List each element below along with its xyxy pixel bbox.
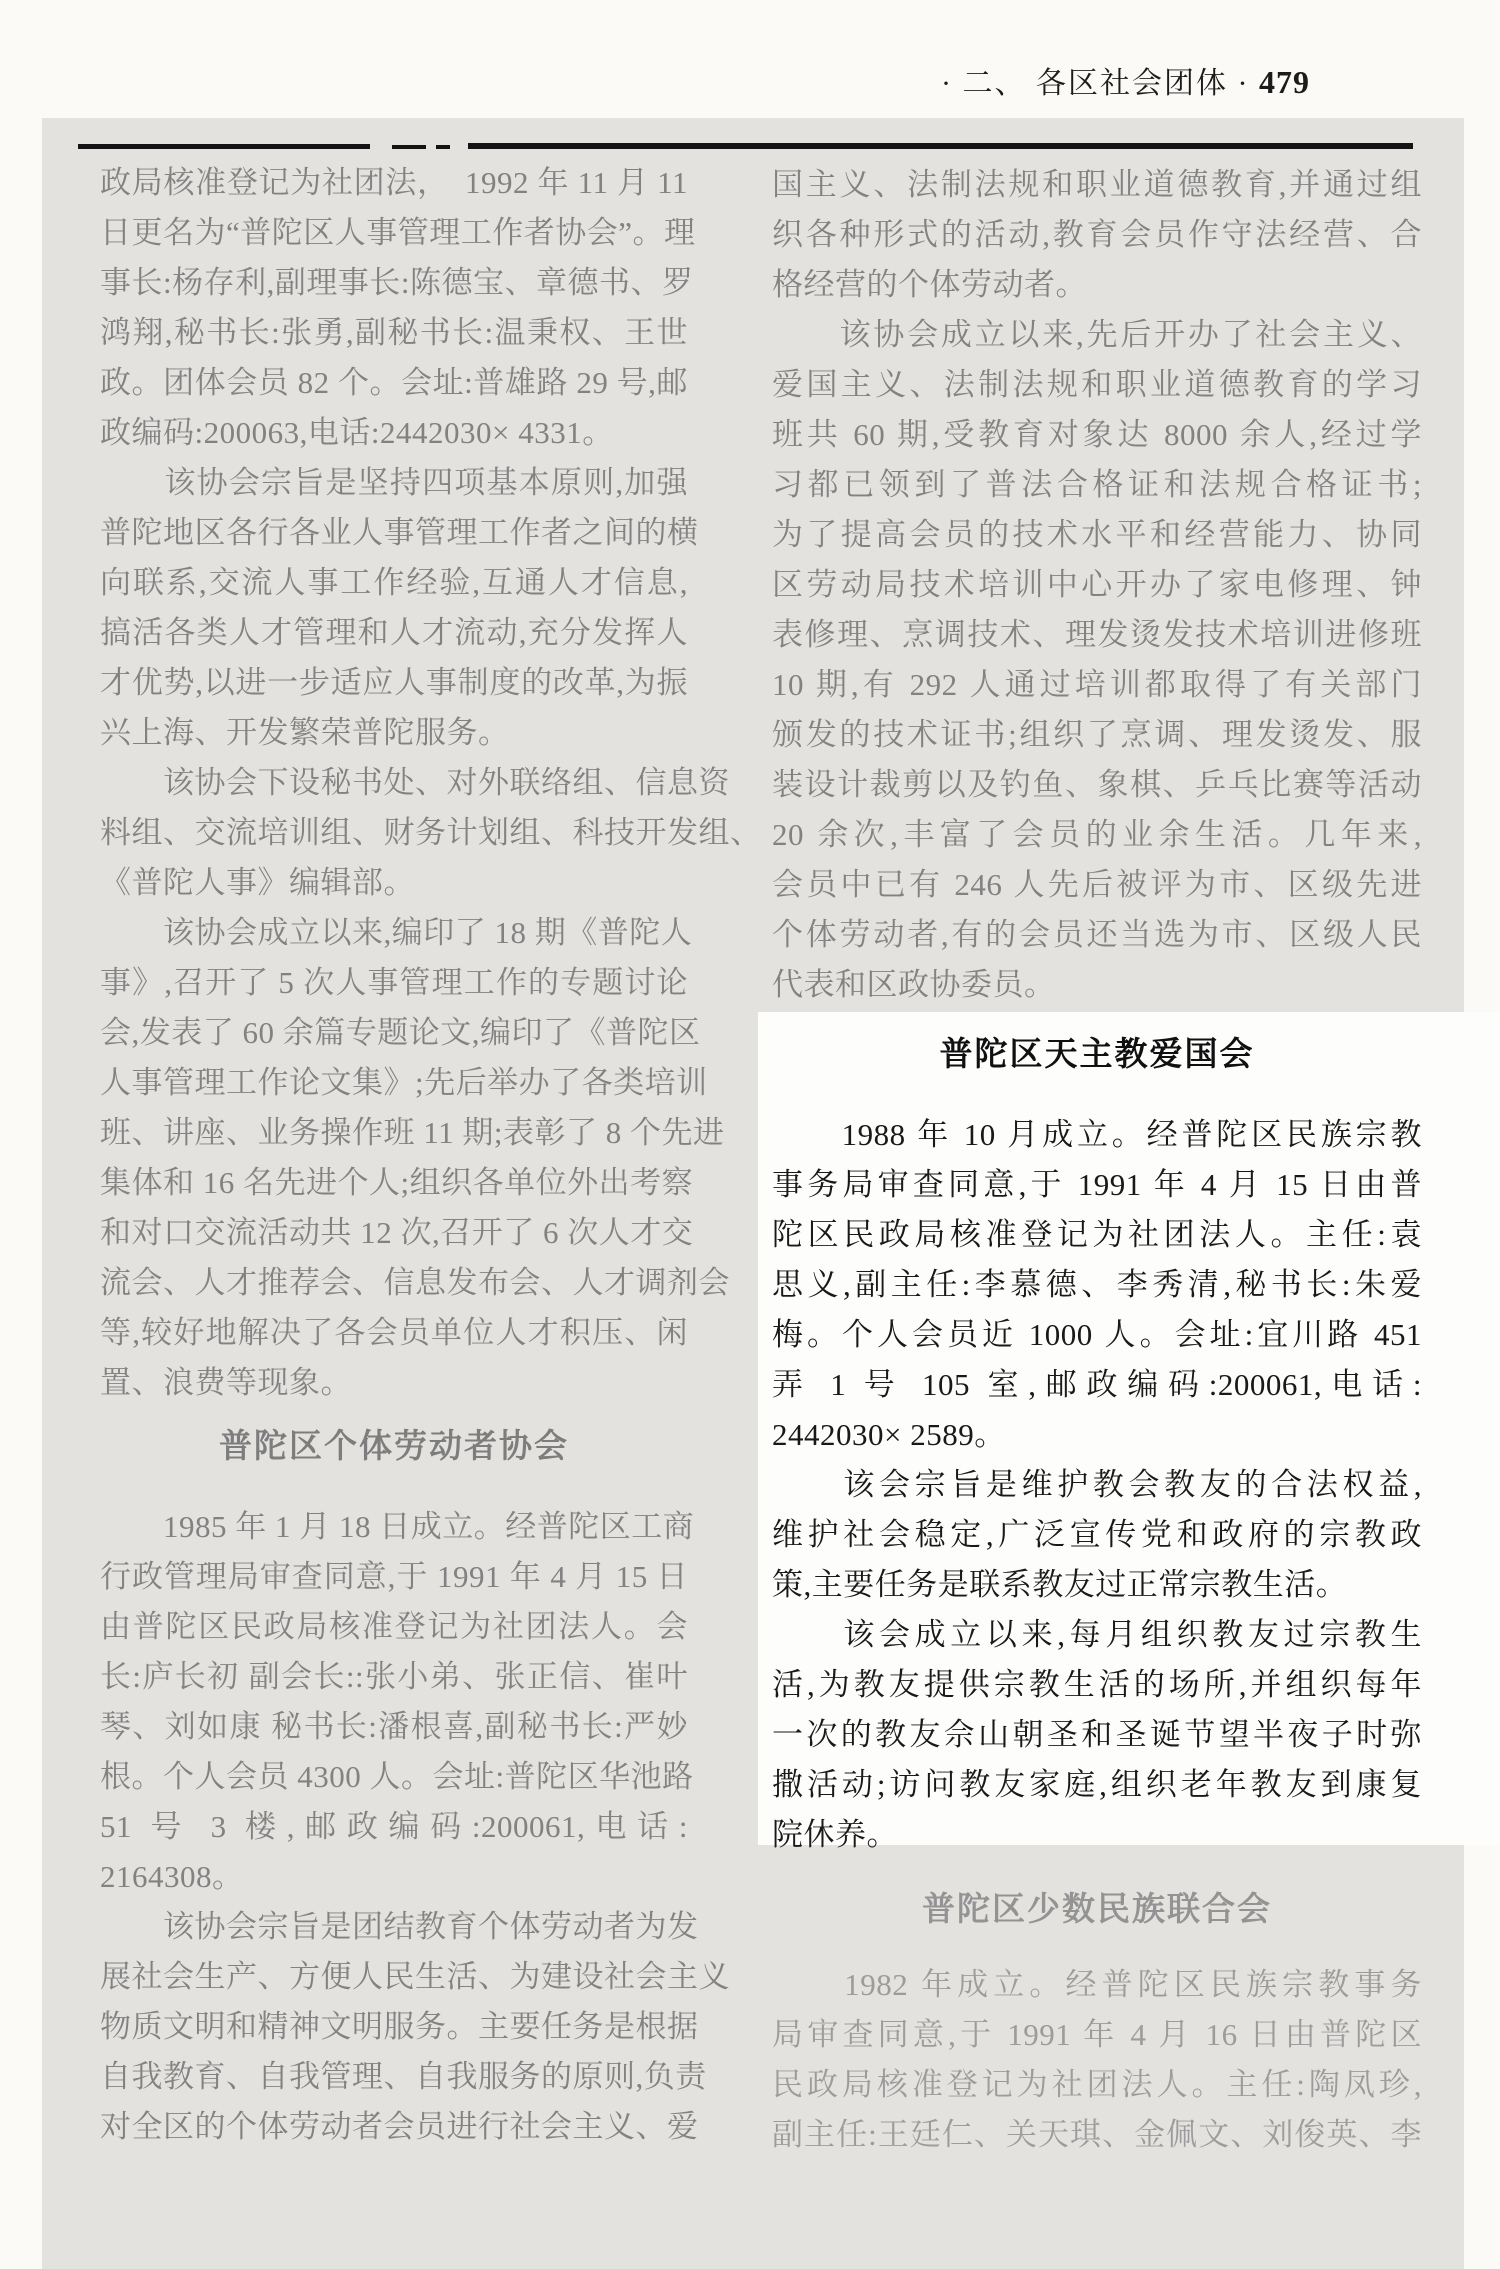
- section-heading-catholic-association: 普陀区天主教爱国会: [772, 1030, 1422, 1080]
- text-line: 1985 年 1 月 18 日成立。经普陀区工商: [100, 1502, 688, 1552]
- right-column: 国主义、法制法规和职业道德教育,并通过组织各种形式的活动,教育会员作守法经营、合…: [772, 160, 1422, 2160]
- text-line: 民政局核准登记为社团法人。主任:陶凤珍,: [772, 2060, 1422, 2110]
- text-line: 流会、人才推荐会、信息发布会、人才调剂会: [100, 1258, 688, 1308]
- text-line: 展社会生产、方便人民生活、为建设社会主义: [100, 1952, 688, 2002]
- header-rule-segment: [78, 144, 370, 149]
- text-line: 该协会宗旨是团结教育个体劳动者为发: [100, 1902, 688, 1952]
- text-line: 该协会成立以来,先后开办了社会主义、: [772, 310, 1422, 360]
- text-line: 事》,召开了 5 次人事管理工作的专题讨论: [100, 958, 688, 1008]
- text-line: 该协会下设秘书处、对外联络组、信息资: [100, 758, 688, 808]
- text-line: 琴、刘如康 秘书长:潘根喜,副秘书长:严妙: [100, 1702, 688, 1752]
- text-line: 策,主要任务是联系教友过正常宗教生活。: [772, 1560, 1422, 1610]
- text-line: 置、浪费等现象。: [100, 1358, 688, 1408]
- header-title: 二、 各区社会团体: [963, 67, 1229, 100]
- text-line: 该会成立以来,每月组织教友过宗教生: [772, 1610, 1422, 1660]
- text-line: 兴上海、开发繁荣普陀服务。: [100, 708, 688, 758]
- text-line: 班、讲座、业务操作班 11 期;表彰了 8 个先进: [100, 1108, 688, 1158]
- text-line: 向联系,交流人事工作经验,互通人才信息,: [100, 558, 688, 608]
- text-line: 习都已领到了普法合格证和法规合格证书;: [772, 460, 1422, 510]
- text-line: 区劳动局技术培训中心开办了家电修理、钟: [772, 560, 1422, 610]
- text-line: 格经营的个体劳动者。: [772, 260, 1422, 310]
- text-line: 该协会宗旨是坚持四项基本原则,加强: [100, 458, 688, 508]
- text-block-catholic-association: 1988 年 10 月成立。经普陀区民族宗教事务局审查同意,于 1991 年 4…: [772, 1110, 1422, 1860]
- text-block-personnel-association: 政局核准登记为社团法， 1992 年 11 月 11日更名为“普陀区人事管理工作…: [100, 158, 688, 1408]
- text-line: 物质文明和精神文明服务。主要任务是根据: [100, 2002, 688, 2052]
- text-line: 等,较好地解决了各会员单位人才积压、闲: [100, 1308, 688, 1358]
- text-block-minority-federation: 1982 年成立。经普陀区民族宗教事务局审查同意,于 1991 年 4 月 16…: [772, 1960, 1422, 2160]
- text-line: 陀区民政局核准登记为社团法人。主任:袁: [772, 1210, 1422, 1260]
- text-line: 爱国主义、法制法规和职业道德教育的学习: [772, 360, 1422, 410]
- page-number: 479: [1259, 64, 1310, 100]
- text-line: 代表和区政协委员。: [772, 960, 1422, 1010]
- text-line: 由普陀区民政局核准登记为社团法人。会: [100, 1602, 688, 1652]
- text-line: 政局核准登记为社团法， 1992 年 11 月 11: [100, 158, 688, 208]
- text-line: 人事管理工作论文集》;先后举办了各类培训: [100, 1058, 688, 1108]
- text-line: 搞活各类人才管理和人才流动,充分发挥人: [100, 608, 688, 658]
- text-line: 会员中已有 246 人先后被评为市、区级先进: [772, 860, 1422, 910]
- text-line: 鸿翔,秘书长:张勇,副秘书长:温秉权、王世: [100, 308, 688, 358]
- text-line: 自我教育、自我管理、自我服务的原则,负责: [100, 2052, 688, 2102]
- text-line: 活,为教友提供宗教生活的场所,并组织每年: [772, 1660, 1422, 1710]
- text-line: 该会宗旨是维护教会教友的合法权益,: [772, 1460, 1422, 1510]
- text-line: 会,发表了 60 余篇专题论文,编印了《普陀区: [100, 1008, 688, 1058]
- header-rule-segment: [468, 143, 1413, 149]
- text-line: 根。个人会员 4300 人。会址:普陀区华池路: [100, 1752, 688, 1802]
- header-rule-segment: [436, 145, 450, 149]
- text-line: 撒活动;访问教友家庭,组织老年教友到康复: [772, 1760, 1422, 1810]
- text-line: 1988 年 10 月成立。经普陀区民族宗教: [772, 1110, 1422, 1160]
- text-line: 51 号 3 楼,邮政编码:200061,电话:: [100, 1802, 688, 1852]
- text-line: 2442030× 2589。: [772, 1410, 1422, 1460]
- text-block-geti-continuation: 国主义、法制法规和职业道德教育,并通过组织各种形式的活动,教育会员作守法经营、合…: [772, 160, 1422, 1010]
- text-line: 2164308。: [100, 1852, 688, 1902]
- text-line: 行政管理局审查同意,于 1991 年 4 月 15 日: [100, 1552, 688, 1602]
- page-header: · 二、 各区社会团体 · 479: [941, 58, 1310, 102]
- text-line: 1982 年成立。经普陀区民族宗教事务: [772, 1960, 1422, 2010]
- text-line: 维护社会稳定,广泛宣传党和政府的宗教政: [772, 1510, 1422, 1560]
- text-line: 个体劳动者,有的会员还当选为市、区级人民: [772, 910, 1422, 960]
- text-line: 颁发的技术证书;组织了烹调、理发烫发、服: [772, 710, 1422, 760]
- text-line: 集体和 16 名先进个人;组织各单位外出考察: [100, 1158, 688, 1208]
- header-right-dot: ·: [1238, 67, 1250, 100]
- header-left-dot: ·: [941, 67, 953, 100]
- text-line: 院休养。: [772, 1810, 1422, 1860]
- text-line: 局审查同意,于 1991 年 4 月 16 日由普陀区: [772, 2010, 1422, 2060]
- text-line: 一次的教友佘山朝圣和圣诞节望半夜子时弥: [772, 1710, 1422, 1760]
- text-line: 和对口交流活动共 12 次,召开了 6 次人才交: [100, 1208, 688, 1258]
- text-line: 普陀地区各行各业人事管理工作者之间的横: [100, 508, 688, 558]
- text-line: 织各种形式的活动,教育会员作守法经营、合: [772, 210, 1422, 260]
- text-line: 该协会成立以来,编印了 18 期《普陀人: [100, 908, 688, 958]
- text-line: 装设计裁剪以及钓鱼、象棋、乒乓比赛等活动: [772, 760, 1422, 810]
- text-line: 弄 1 号 105 室,邮政编码:200061,电话:: [772, 1360, 1422, 1410]
- text-line: 《普陀人事》编辑部。: [100, 858, 688, 908]
- text-line: 梅。个人会员近 1000 人。会址:宜川路 451: [772, 1310, 1422, 1360]
- left-column: 政局核准登记为社团法， 1992 年 11 月 11日更名为“普陀区人事管理工作…: [100, 158, 688, 2152]
- text-line: 料组、交流培训组、财务计划组、科技开发组、: [100, 808, 688, 858]
- text-line: 长:庐长初 副会长::张小弟、张正信、崔叶: [100, 1652, 688, 1702]
- text-line: 为了提高会员的技术水平和经营能力、协同: [772, 510, 1422, 560]
- text-line: 思义,副主任:李慕德、李秀清,秘书长:朱爱: [772, 1260, 1422, 1310]
- text-line: 班共 60 期,受教育对象达 8000 余人,经过学: [772, 410, 1422, 460]
- text-line: 表修理、烹调技术、理发烫发技术培训进修班: [772, 610, 1422, 660]
- text-line: 政编码:200063,电话:2442030× 4331。: [100, 408, 688, 458]
- text-line: 10 期,有 292 人通过培训都取得了有关部门: [772, 660, 1422, 710]
- text-line: 日更名为“普陀区人事管理工作者协会”。理: [100, 208, 688, 258]
- text-line: 对全区的个体劳动者会员进行社会主义、爱: [100, 2102, 688, 2152]
- text-line: 事务局审查同意,于 1991 年 4 月 15 日由普: [772, 1160, 1422, 1210]
- text-line: 才优势,以进一步适应人事制度的改革,为振: [100, 658, 688, 708]
- header-rule-segment: [392, 145, 426, 149]
- text-line: 事长:杨存利,副理事长:陈德宝、章德书、罗: [100, 258, 688, 308]
- text-block-geti-association: 1985 年 1 月 18 日成立。经普陀区工商行政管理局审查同意,于 1991…: [100, 1502, 688, 2152]
- text-line: 政。团体会员 82 个。会址:普雄路 29 号,邮: [100, 358, 688, 408]
- section-heading-geti-association: 普陀区个体劳动者协会: [100, 1422, 688, 1472]
- text-line: 国主义、法制法规和职业道德教育,并通过组: [772, 160, 1422, 210]
- text-line: 副主任:王廷仁、关天琪、金佩文、刘俊英、李: [772, 2110, 1422, 2160]
- section-heading-minority-federation: 普陀区少数民族联合会: [772, 1885, 1422, 1935]
- text-line: 20 余次,丰富了会员的业余生活。几年来,: [772, 810, 1422, 860]
